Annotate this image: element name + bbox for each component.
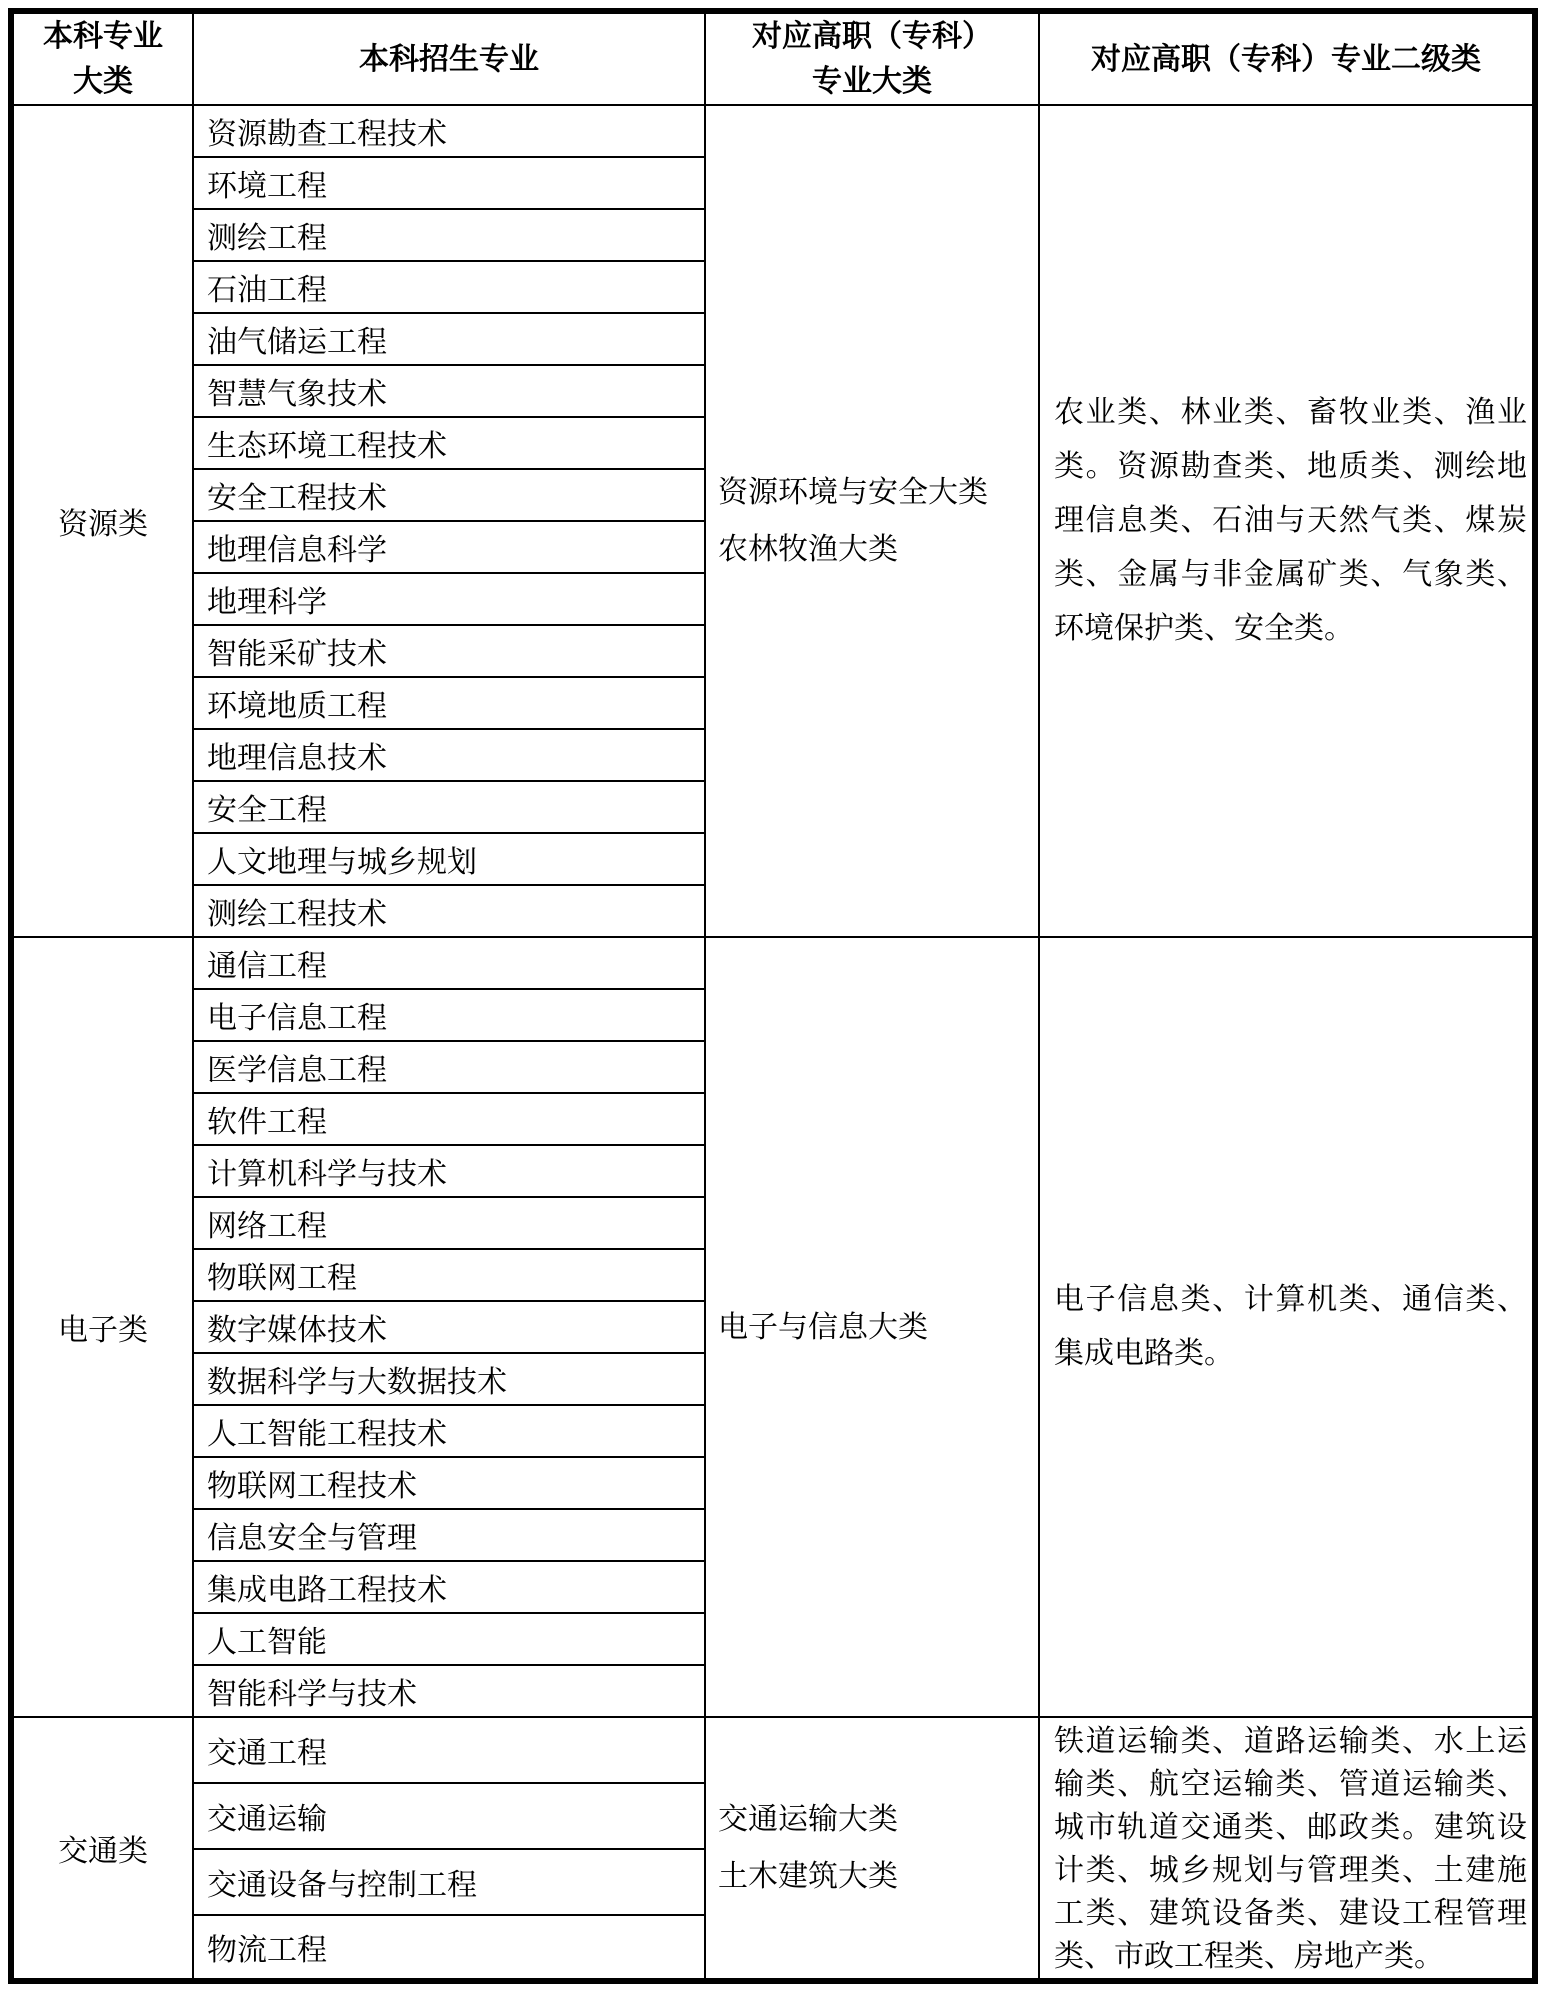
- major-cell: 计算机科学与技术: [193, 1145, 705, 1197]
- major-cell: 信息安全与管理: [193, 1509, 705, 1561]
- vocational-category-cell: 电子与信息大类: [705, 937, 1039, 1717]
- category-cell: 资源类: [11, 105, 193, 937]
- major-cell: 通信工程: [193, 937, 705, 989]
- major-cell: 数字媒体技术: [193, 1301, 705, 1353]
- document-page: 本科专业 大类 本科招生专业 对应高职（专科） 专业大类 对应高职（专科）专业二…: [0, 0, 1541, 1994]
- major-cell: 交通运输: [193, 1783, 705, 1849]
- major-cell: 地理信息科学: [193, 521, 705, 573]
- vocational-category-cell: 交通运输大类 土木建筑大类: [705, 1717, 1039, 1981]
- major-cell: 人工智能工程技术: [193, 1405, 705, 1457]
- major-cell: 集成电路工程技术: [193, 1561, 705, 1613]
- major-cell: 人文地理与城乡规划: [193, 833, 705, 885]
- major-cell: 环境工程: [193, 157, 705, 209]
- major-cell: 石油工程: [193, 261, 705, 313]
- major-cell: 智能科学与技术: [193, 1665, 705, 1717]
- header-vocational-secondary-category: 对应高职（专科）专业二级类: [1039, 11, 1535, 105]
- major-cell: 资源勘查工程技术: [193, 105, 705, 157]
- major-cell: 软件工程: [193, 1093, 705, 1145]
- header-row: 本科专业 大类 本科招生专业 对应高职（专科） 专业大类 对应高职（专科）专业二…: [11, 11, 1535, 105]
- major-cell: 智能采矿技术: [193, 625, 705, 677]
- major-cell: 测绘工程技术: [193, 885, 705, 937]
- table-header: 本科专业 大类 本科招生专业 对应高职（专科） 专业大类 对应高职（专科）专业二…: [11, 11, 1535, 105]
- table-row: 电子类通信工程电子与信息大类电子信息类、计算机类、通信类、集成电路类。: [11, 937, 1535, 989]
- table-row: 资源类资源勘查工程技术资源环境与安全大类 农林牧渔大类农业类、林业类、畜牧业类、…: [11, 105, 1535, 157]
- category-cell: 交通类: [11, 1717, 193, 1981]
- major-correspondence-table: 本科专业 大类 本科招生专业 对应高职（专科） 专业大类 对应高职（专科）专业二…: [8, 8, 1538, 1984]
- major-cell: 物联网工程: [193, 1249, 705, 1301]
- secondary-category-cell: 铁道运输类、道路运输类、水上运输类、航空运输类、管道运输类、城市轨道交通类、邮政…: [1039, 1717, 1535, 1981]
- category-cell: 电子类: [11, 937, 193, 1717]
- major-cell: 安全工程技术: [193, 469, 705, 521]
- major-cell: 人工智能: [193, 1613, 705, 1665]
- secondary-category-cell: 电子信息类、计算机类、通信类、集成电路类。: [1039, 937, 1535, 1717]
- header-undergrad-major: 本科招生专业: [193, 11, 705, 105]
- major-cell: 医学信息工程: [193, 1041, 705, 1093]
- header-undergrad-category: 本科专业 大类: [11, 11, 193, 105]
- header-vocational-category: 对应高职（专科） 专业大类: [705, 11, 1039, 105]
- major-cell: 生态环境工程技术: [193, 417, 705, 469]
- major-cell: 智慧气象技术: [193, 365, 705, 417]
- major-cell: 物联网工程技术: [193, 1457, 705, 1509]
- table-body: 资源类资源勘查工程技术资源环境与安全大类 农林牧渔大类农业类、林业类、畜牧业类、…: [11, 105, 1535, 1981]
- vocational-category-cell: 资源环境与安全大类 农林牧渔大类: [705, 105, 1039, 937]
- major-cell: 环境地质工程: [193, 677, 705, 729]
- major-cell: 交通设备与控制工程: [193, 1849, 705, 1915]
- major-cell: 电子信息工程: [193, 989, 705, 1041]
- major-cell: 测绘工程: [193, 209, 705, 261]
- major-cell: 物流工程: [193, 1915, 705, 1981]
- major-cell: 油气储运工程: [193, 313, 705, 365]
- major-cell: 网络工程: [193, 1197, 705, 1249]
- major-cell: 交通工程: [193, 1717, 705, 1783]
- major-cell: 安全工程: [193, 781, 705, 833]
- table-row: 交通类交通工程交通运输大类 土木建筑大类铁道运输类、道路运输类、水上运输类、航空…: [11, 1717, 1535, 1783]
- major-cell: 数据科学与大数据技术: [193, 1353, 705, 1405]
- major-cell: 地理信息技术: [193, 729, 705, 781]
- major-cell: 地理科学: [193, 573, 705, 625]
- secondary-category-cell: 农业类、林业类、畜牧业类、渔业类。资源勘查类、地质类、测绘地理信息类、石油与天然…: [1039, 105, 1535, 937]
